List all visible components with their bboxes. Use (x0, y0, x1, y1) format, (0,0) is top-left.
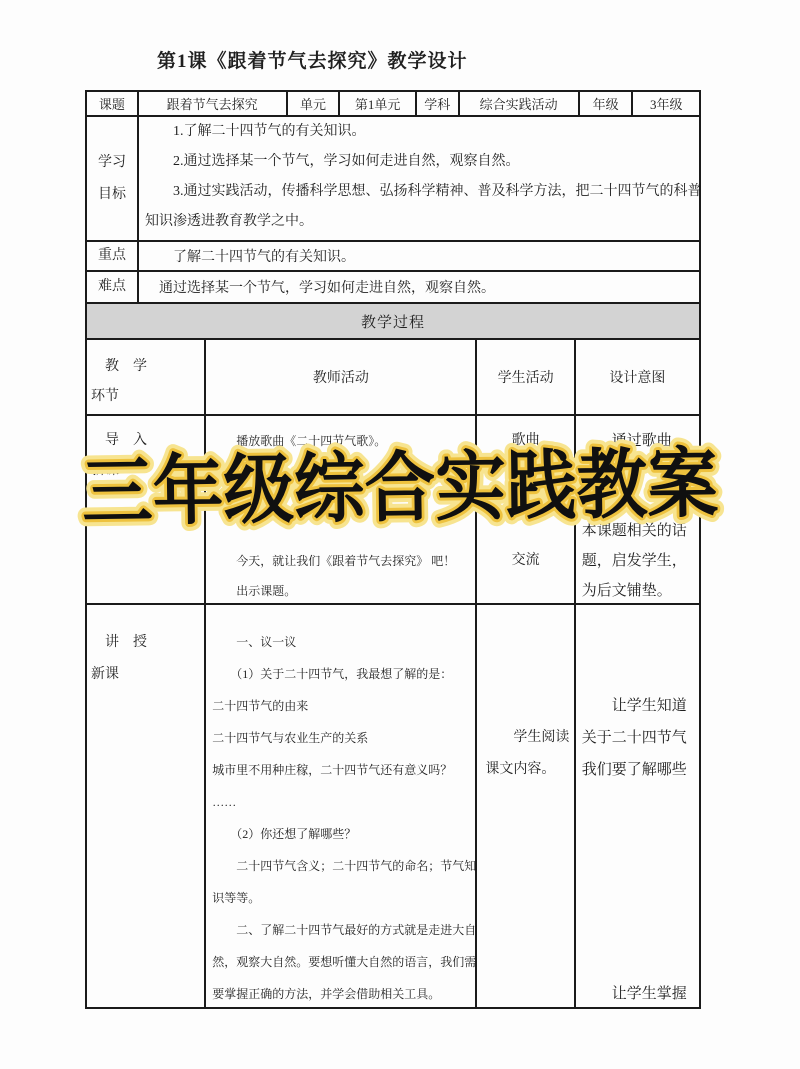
lecture-student-activity: 学生阅读 课文内容。 (475, 605, 573, 1007)
difficulty-text: 通过选择某一个节气，学习如何走进自然，观察自然。 (137, 272, 699, 302)
process-section-title: 教学过程 (87, 304, 699, 338)
col-header-stage: 教 学 环节 (87, 340, 204, 414)
col-header-student: 学生活动 (475, 340, 573, 414)
lesson-plan-page: 第1课《跟着节气去探究》教学设计 课题 跟着节气去探究 单元 第1单元 学科 综… (0, 0, 800, 1069)
intro-student-activity: 歌曲 交流 (475, 416, 573, 603)
learning-goals-text: 1.了解二十四节气的有关知识。 2.通过选择某一个节气，学习如何走进自然，观察自… (137, 117, 699, 240)
grade-value: 3年级 (631, 92, 699, 115)
lecture-stage-row: 讲 授 新课 一、议一议 （1）关于二十四节气，我最想了解的是： 二十四节气的由… (87, 603, 699, 1007)
process-head-row: 教 学 环节 教师活动 学生活动 设计意图 (87, 338, 699, 414)
topic-label: 课题 (87, 92, 137, 115)
col-header-teacher: 教师活动 (204, 340, 475, 414)
col-header-design: 设计意图 (574, 340, 699, 414)
learning-goals-row: 学习 目标 1.了解二十四节气的有关知识。 2.通过选择某一个节气，学习如何走进… (87, 115, 699, 240)
intro-design-intent: 通过歌曲， 从 本课题相关的话 题，启发学生， 为后文铺垫。 (574, 416, 699, 603)
process-section-header: 教学过程 (87, 302, 699, 338)
difficulty-label: 难点 (87, 272, 137, 302)
lecture-design-intent: 让学生知道 关于二十四节气 我们要了解哪些 让学生掌握 (574, 605, 699, 1007)
unit-label: 单元 (286, 92, 339, 115)
key-point-text: 了解二十四节气的有关知识。 (137, 242, 699, 270)
lecture-teacher-activity: 一、议一议 （1）关于二十四节气，我最想了解的是： 二十四节气的由来 二十四节气… (204, 605, 475, 1007)
intro-stage-label: 导 入 新课 (87, 416, 204, 603)
page-title: 第1课《跟着节气去探究》教学设计 (157, 46, 468, 73)
unit-value: 第1单元 (338, 92, 415, 115)
learning-goals-label: 学习 目标 (87, 117, 137, 240)
key-point-row: 重点 了解二十四节气的有关知识。 (87, 240, 699, 270)
info-row: 课题 跟着节气去探究 单元 第1单元 学科 综合实践活动 年级 3年级 (87, 92, 699, 115)
intro-teacher-activity: 播放歌曲《二十四节气歌》。 二十 评世界 今天，就让我们《跟着节气去探究》 吧！… (204, 416, 475, 603)
lecture-stage-label: 讲 授 新课 (87, 605, 204, 1007)
lesson-plan-table: 课题 跟着节气去探究 单元 第1单元 学科 综合实践活动 年级 3年级 学习 目… (85, 90, 701, 1009)
subject-value: 综合实践活动 (458, 92, 578, 115)
difficulty-row: 难点 通过选择某一个节气，学习如何走进自然，观察自然。 (87, 270, 699, 302)
grade-label: 年级 (578, 92, 632, 115)
key-point-label: 重点 (87, 242, 137, 270)
subject-label: 学科 (415, 92, 458, 115)
intro-stage-row: 导 入 新课 播放歌曲《二十四节气歌》。 二十 评世界 今天，就让我们《跟着节气… (87, 414, 699, 603)
topic-value: 跟着节气去探究 (137, 92, 286, 115)
